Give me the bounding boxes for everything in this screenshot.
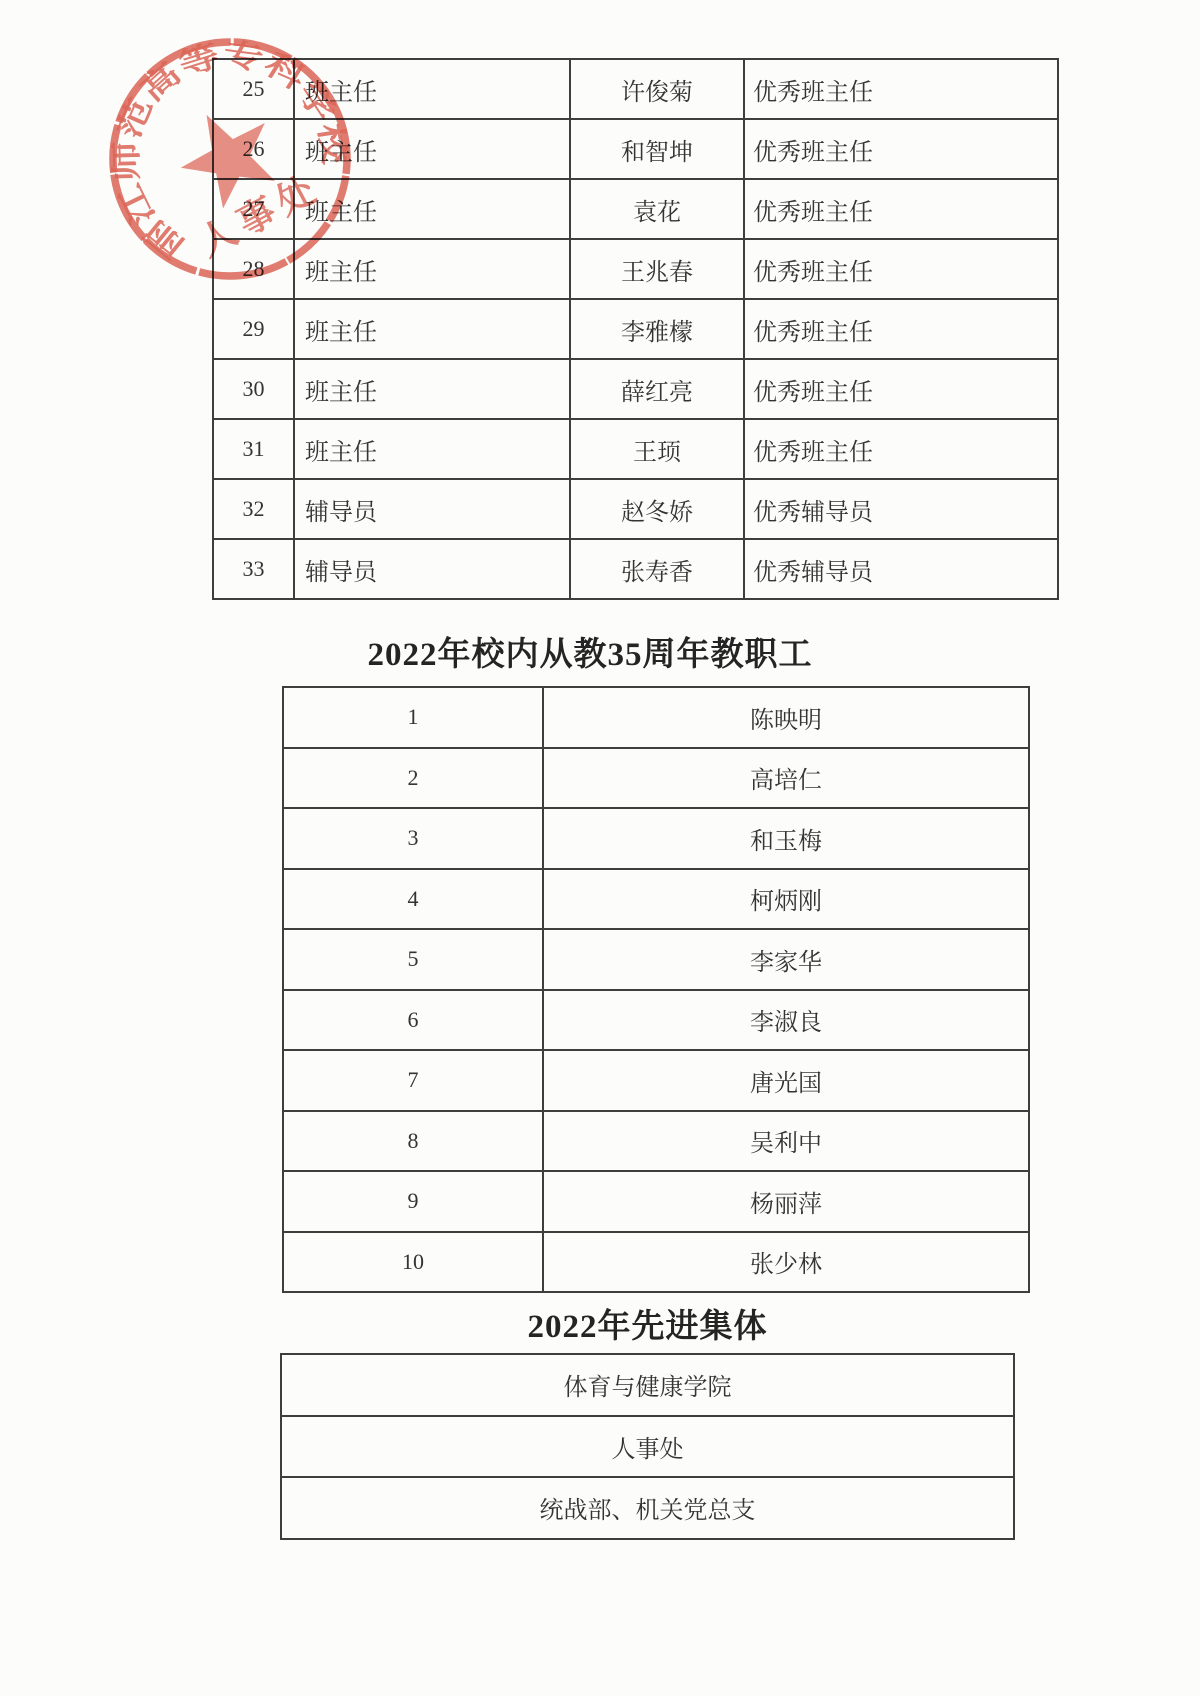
table-row: 统战部、机关党总支	[281, 1477, 1014, 1539]
award-cell: 优秀班主任	[744, 419, 1058, 479]
table-row: 体育与健康学院	[281, 1354, 1014, 1416]
section-title-collective: 2022年先进集体	[280, 1300, 1015, 1347]
name-cell: 张少林	[543, 1232, 1029, 1293]
name-cell: 高培仁	[543, 748, 1029, 809]
table-row: 7 唐光国	[283, 1050, 1029, 1111]
name-cell: 李家华	[543, 929, 1029, 990]
row-number-cell: 31	[213, 419, 294, 479]
name-cell: 王顼	[570, 419, 744, 479]
collectives-table: 体育与健康学院 人事处 统战部、机关党总支	[280, 1353, 1015, 1540]
position-cell: 班主任	[294, 359, 570, 419]
position-cell: 辅导员	[294, 479, 570, 539]
table-row: 10 张少林	[283, 1232, 1029, 1293]
table-row: 30 班主任 薛红亮 优秀班主任	[213, 359, 1058, 419]
row-number-cell: 4	[283, 869, 543, 930]
award-cell: 优秀班主任	[744, 239, 1058, 299]
name-cell: 柯炳刚	[543, 869, 1029, 930]
collective-name-cell: 体育与健康学院	[281, 1354, 1014, 1416]
table-row: 6 李淑良	[283, 990, 1029, 1051]
row-number-cell: 33	[213, 539, 294, 599]
table-row: 8 吴利中	[283, 1111, 1029, 1172]
name-cell: 和玉梅	[543, 808, 1029, 869]
name-cell: 吴利中	[543, 1111, 1029, 1172]
award-cell: 优秀班主任	[744, 359, 1058, 419]
row-number-cell: 9	[283, 1171, 543, 1232]
award-cell: 优秀班主任	[744, 119, 1058, 179]
name-cell: 和智坤	[570, 119, 744, 179]
award-cell: 优秀班主任	[744, 59, 1058, 119]
table-row: 9 杨丽萍	[283, 1171, 1029, 1232]
table-row: 31 班主任 王顼 优秀班主任	[213, 419, 1058, 479]
row-number-cell: 10	[283, 1232, 543, 1293]
name-cell: 李雅檬	[570, 299, 744, 359]
row-number-cell: 30	[213, 359, 294, 419]
award-cell: 优秀辅导员	[744, 479, 1058, 539]
name-cell: 王兆春	[570, 239, 744, 299]
row-number-cell: 3	[283, 808, 543, 869]
table-row: 33 辅导员 张寿香 优秀辅导员	[213, 539, 1058, 599]
row-number-cell: 7	[283, 1050, 543, 1111]
collective-name-cell: 人事处	[281, 1416, 1014, 1478]
row-number-cell: 5	[283, 929, 543, 990]
row-number-cell: 1	[283, 687, 543, 748]
collective-name-cell: 统战部、机关党总支	[281, 1477, 1014, 1539]
table-row: 4 柯炳刚	[283, 869, 1029, 930]
official-seal-stamp: 丽江师范高等专科学校 人事处	[88, 22, 378, 312]
name-cell: 薛红亮	[570, 359, 744, 419]
name-cell: 赵冬娇	[570, 479, 744, 539]
name-cell: 唐光国	[543, 1050, 1029, 1111]
position-cell: 班主任	[294, 419, 570, 479]
name-cell: 许俊菊	[570, 59, 744, 119]
document-page: 25 班主任 许俊菊 优秀班主任 26 班主任 和智坤 优秀班主任 27 班主任…	[0, 0, 1200, 1696]
table-row: 3 和玉梅	[283, 808, 1029, 869]
table-row: 1 陈映明	[283, 687, 1029, 748]
section-title-35yr: 2022年校内从教35周年教职工	[0, 628, 1180, 675]
name-cell: 陈映明	[543, 687, 1029, 748]
award-cell: 优秀辅导员	[744, 539, 1058, 599]
award-cell: 优秀班主任	[744, 179, 1058, 239]
row-number-cell: 6	[283, 990, 543, 1051]
row-number-cell: 2	[283, 748, 543, 809]
table-row: 32 辅导员 赵冬娇 优秀辅导员	[213, 479, 1058, 539]
name-cell: 袁花	[570, 179, 744, 239]
position-cell: 辅导员	[294, 539, 570, 599]
table-row: 人事处	[281, 1416, 1014, 1478]
row-number-cell: 32	[213, 479, 294, 539]
name-cell: 杨丽萍	[543, 1171, 1029, 1232]
teachers-35yr-table: 1 陈映明 2 高培仁 3 和玉梅 4 柯炳刚 5 李家华 6 李淑良	[282, 686, 1030, 1293]
name-cell: 李淑良	[543, 990, 1029, 1051]
table-row: 5 李家华	[283, 929, 1029, 990]
row-number-cell: 8	[283, 1111, 543, 1172]
award-cell: 优秀班主任	[744, 299, 1058, 359]
table-row: 2 高培仁	[283, 748, 1029, 809]
name-cell: 张寿香	[570, 539, 744, 599]
